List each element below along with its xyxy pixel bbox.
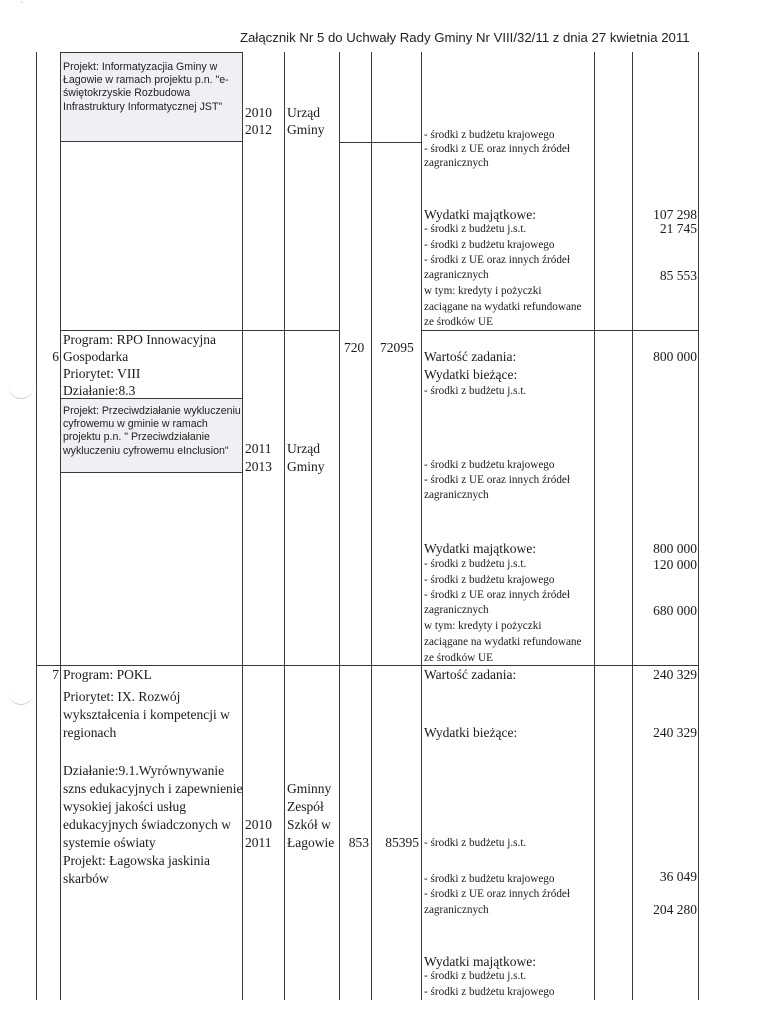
investment-label: Wydatki majątkowe: xyxy=(424,208,536,222)
column-divider xyxy=(284,52,285,1000)
current-value: 36 049 xyxy=(660,870,697,884)
project-line: Infrastruktury Informatycznej JST" xyxy=(63,101,242,114)
year-start: 2010 xyxy=(245,818,272,832)
table-border-right xyxy=(698,52,699,1000)
project-box: Projekt: Informatyzacjia Gminy w Łagowie… xyxy=(60,52,243,142)
year-start: 2010 xyxy=(245,106,272,120)
investment-line: - środki z budżetu krajowego xyxy=(424,575,554,586)
scan-speck: ˘ xyxy=(20,0,23,10)
current-line: - środki z budżetu j.s.t. xyxy=(424,386,526,397)
rozdzial-code: 72095 xyxy=(380,341,414,355)
investment-value: 120 000 xyxy=(653,558,697,572)
column-divider xyxy=(242,52,243,1000)
row-number: 7 xyxy=(52,668,59,682)
unit-line: Zespół xyxy=(287,800,324,814)
column-divider xyxy=(371,52,372,1000)
program-line: Program: RPO Innowacyjna xyxy=(63,333,216,347)
program-line: skarbów xyxy=(63,872,109,886)
investment-line: ze środków UE xyxy=(424,317,493,328)
unit-line: Urząd xyxy=(287,106,320,120)
project-line: cyfrowemu w gminie w ramach xyxy=(63,418,242,431)
investment-line: w tym: kredyty i pożyczki xyxy=(424,621,541,632)
project-line: Projekt: Przeciwdziałanie wykluczeniu xyxy=(63,405,242,418)
investment-total: 107 298 xyxy=(653,208,697,222)
program-line: Gospodarka xyxy=(63,350,128,364)
project-line: Projekt: Informatyzacjia Gminy w xyxy=(63,61,242,74)
column-divider xyxy=(60,52,61,1000)
current-line: - środki z UE oraz innych źródeł xyxy=(424,889,570,900)
unit-line: Urząd xyxy=(287,442,320,456)
document-header: Załącznik Nr 5 do Uchwały Rady Gminy Nr … xyxy=(240,30,710,45)
financing-line: zagranicznych xyxy=(424,490,489,501)
current-line: - środki z budżetu j.s.t. xyxy=(424,838,526,849)
financing-line: - środki z budżetu krajowego xyxy=(424,130,554,141)
investment-value: 21 745 xyxy=(660,222,697,236)
unit-line: Gminy xyxy=(287,460,325,474)
unit-line: Gminy xyxy=(287,123,325,137)
current-expenses-label: Wydatki bieżące: xyxy=(424,368,517,382)
unit-line: Łagowie xyxy=(287,836,334,850)
program-line: Działanie:8.3 xyxy=(63,384,135,398)
current-expenses-value: 240 329 xyxy=(653,726,697,740)
task-value-label: Wartość zadania: xyxy=(424,350,516,364)
project-line: projektu p.n. " Przeciwdziałanie xyxy=(63,431,242,444)
program-line: edukacyjnych świadczonych w xyxy=(63,818,231,832)
current-value: 204 280 xyxy=(653,903,697,917)
dzial-code: 720 xyxy=(344,341,364,355)
program-line: Priorytet: VIII xyxy=(63,367,140,381)
investment-line: zagranicznych xyxy=(424,270,489,281)
table-border-left xyxy=(36,52,37,1000)
investment-label: Wydatki majątkowe: xyxy=(424,955,536,969)
program-line: Działanie:9.1.Wyrównywanie xyxy=(63,764,224,778)
column-divider xyxy=(339,52,340,1000)
investment-total: 800 000 xyxy=(653,542,697,556)
task-value: 240 329 xyxy=(653,668,697,682)
investment-line: - środki z budżetu j.s.t. xyxy=(424,971,526,982)
year-end: 2012 xyxy=(245,123,272,137)
current-line: zagranicznych xyxy=(424,905,489,916)
program-line: Program: POKL xyxy=(63,668,152,682)
investment-line: zaciągane na wydatki refundowane xyxy=(424,302,581,313)
project-line: Łagowie w ramach projektu p.n. "e- xyxy=(63,74,242,87)
investment-line: - środki z budżetu j.s.t. xyxy=(424,559,526,570)
investment-line: - środki z budżetu j.s.t. xyxy=(424,224,526,235)
investment-line: - środki z UE oraz innych źródeł xyxy=(424,590,570,601)
investment-line: zaciągane na wydatki refundowane xyxy=(424,637,581,648)
program-line: szns edukacyjnych i zapewnienie xyxy=(63,782,243,796)
financing-line: - środki z UE oraz innych źródeł xyxy=(424,144,570,155)
current-expenses-label: Wydatki bieżące: xyxy=(424,726,517,740)
project-line: wykluczeniu cyfrowemu eInclusion" xyxy=(63,445,242,458)
project-box: Projekt: Przeciwdziałanie wykluczeniu cy… xyxy=(60,398,243,473)
investment-line: zagranicznych xyxy=(424,605,489,616)
investment-label: Wydatki majątkowe: xyxy=(424,542,536,556)
program-line: wysokiej jakości usług xyxy=(63,800,186,814)
row-divider xyxy=(339,142,421,143)
financing-line: zagranicznych xyxy=(424,158,489,169)
column-divider xyxy=(594,52,595,1000)
investment-line: ze środków UE xyxy=(424,653,493,664)
investment-line: - środki z budżetu krajowego xyxy=(424,240,554,251)
investment-line: - środki z budżetu krajowego xyxy=(424,987,554,998)
program-line: systemie oświaty xyxy=(63,836,156,850)
year-end: 2011 xyxy=(245,836,272,850)
financing-line: - środki z UE oraz innych źródeł xyxy=(424,475,570,486)
row-divider xyxy=(421,330,699,331)
financing-line: - środki z budżetu krajowego xyxy=(424,460,554,471)
dzial-code: 853 xyxy=(349,836,369,850)
task-value: 800 000 xyxy=(653,350,697,364)
current-line: - środki z budżetu krajowego xyxy=(424,874,554,885)
program-line: Projekt: Łagowska jaskinia xyxy=(63,854,210,868)
investment-value: 85 553 xyxy=(660,269,697,283)
margin-punch-mark xyxy=(8,690,34,705)
column-divider xyxy=(421,52,422,1000)
rozdzial-code: 85395 xyxy=(385,836,419,850)
project-line: świętokrzyskie Rozbudowa xyxy=(63,87,242,100)
program-line: wykształcenia i kompetencji w xyxy=(63,708,230,722)
investment-value: 680 000 xyxy=(653,604,697,618)
margin-punch-mark xyxy=(8,384,34,399)
program-line: Priorytet: IX. Rozwój xyxy=(63,690,180,704)
task-value-label: Wartość zadania: xyxy=(424,668,516,682)
year-start: 2011 xyxy=(245,442,272,456)
year-end: 2013 xyxy=(245,460,272,474)
row-number: 6 xyxy=(52,350,59,364)
investment-line: w tym: kredyty i pożyczki xyxy=(424,286,541,297)
program-line: regionach xyxy=(63,726,116,740)
unit-line: Szkół w xyxy=(287,818,331,832)
investment-line: - środki z UE oraz innych źródeł xyxy=(424,255,570,266)
unit-line: Gminny xyxy=(287,782,331,796)
column-divider xyxy=(632,52,633,1000)
